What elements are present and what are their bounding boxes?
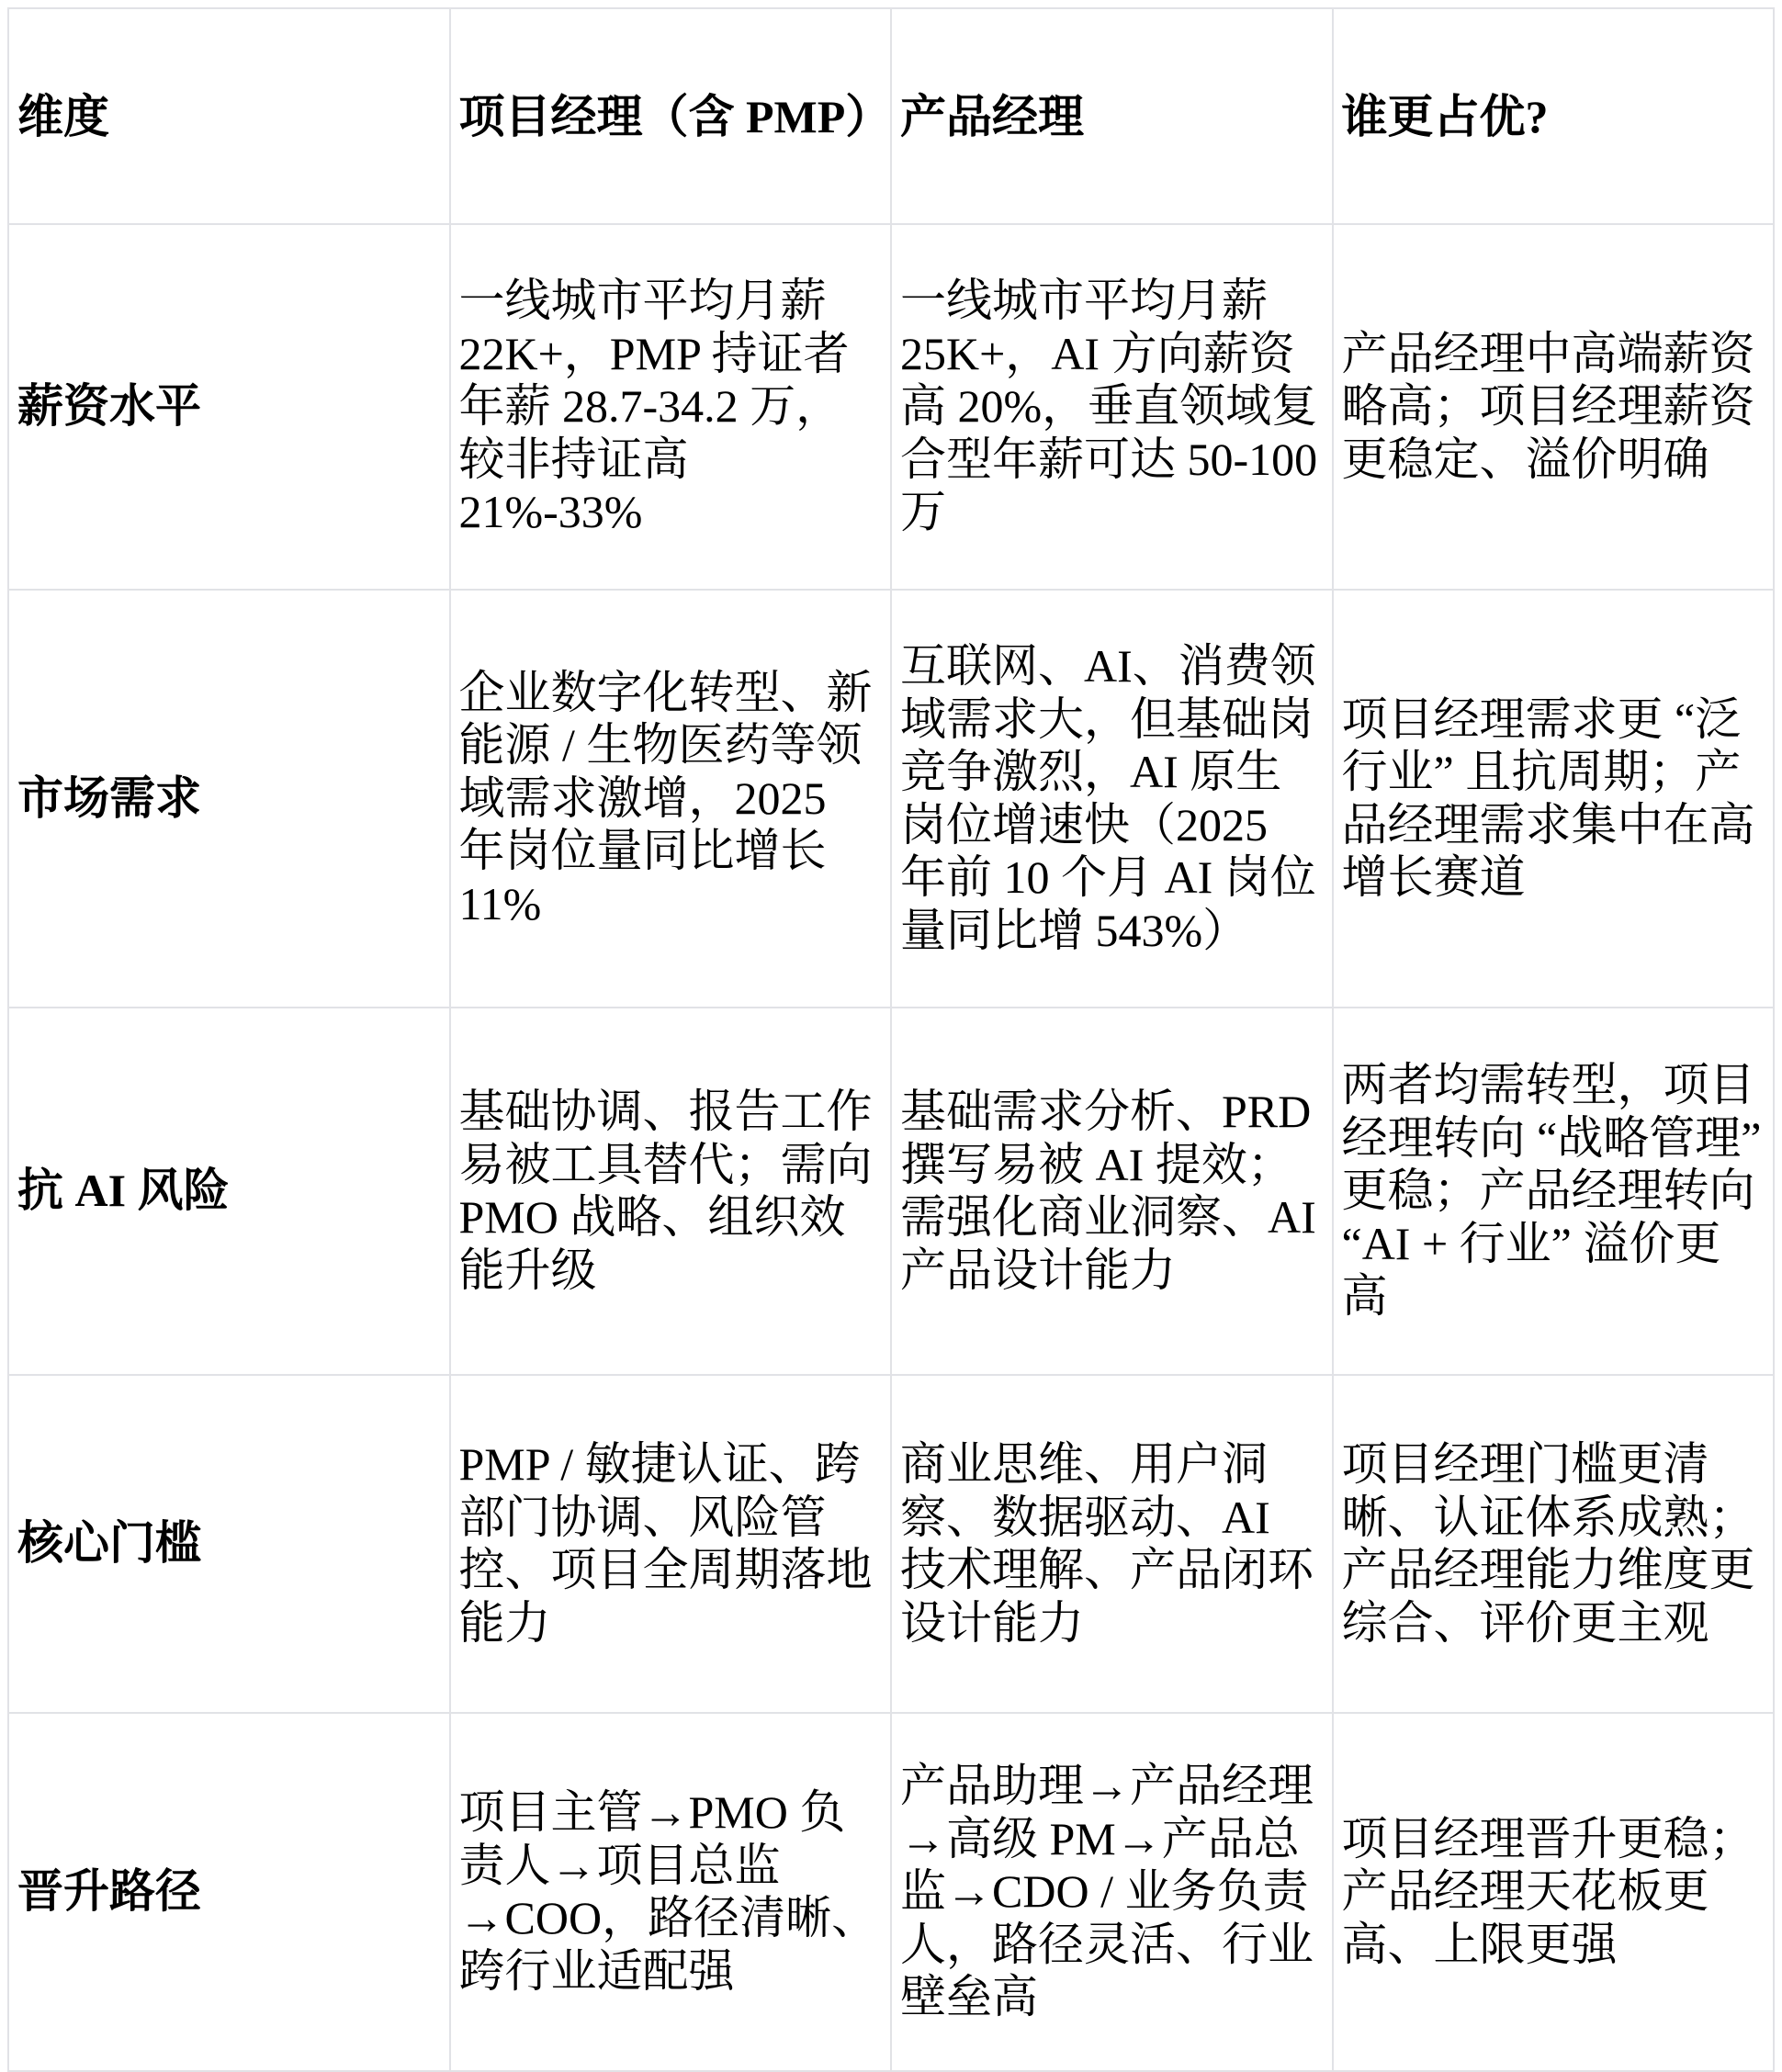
table-row-core-threshold: 核心门槛 PMP / 敏捷认证、跨部门协调、风险管控、项目全周期落地能力 商业思… bbox=[8, 1375, 1774, 1713]
ai-risk-verdict-cell: 两者均需转型，项目经理转向 “战略管理” 更稳；产品经理转向 “AI + 行业”… bbox=[1333, 1008, 1775, 1375]
header-row: 维度 项目经理（含 PMP） 产品经理 谁更占优? bbox=[8, 8, 1774, 224]
row-label-salary: 薪资水平 bbox=[8, 224, 450, 590]
table-row-market-demand: 市场需求 企业数字化转型、新能源 / 生物医药等领域需求激增，2025 年岗位量… bbox=[8, 590, 1774, 1008]
path-product-cell: 产品助理→产品经理→高级 PM→产品总监→CDO / 业务负责人，路径灵活、行业… bbox=[891, 1713, 1333, 2071]
salary-pm-cell: 一线城市平均月薪 22K+，PMP 持证者年薪 28.7-34.2 万，较非持证… bbox=[450, 224, 892, 590]
market-verdict-cell: 项目经理需求更 “泛行业” 且抗周期；产品经理需求集中在高增长赛道 bbox=[1333, 590, 1775, 1008]
ai-risk-product-cell: 基础需求分析、PRD 撰写易被 AI 提效；需强化商业洞察、AI 产品设计能力 bbox=[891, 1008, 1333, 1375]
market-product-cell: 互联网、AI、消费领域需求大，但基础岗竞争激烈，AI 原生岗位增速快（2025 … bbox=[891, 590, 1333, 1008]
salary-verdict-cell: 产品经理中高端薪资略高；项目经理薪资更稳定、溢价明确 bbox=[1333, 224, 1775, 590]
column-header-product-manager: 产品经理 bbox=[891, 8, 1333, 224]
ai-risk-pm-cell: 基础协调、报告工作易被工具替代；需向 PMO 战略、组织效能升级 bbox=[450, 1008, 892, 1375]
column-header-project-manager: 项目经理（含 PMP） bbox=[450, 8, 892, 224]
table-row-salary: 薪资水平 一线城市平均月薪 22K+，PMP 持证者年薪 28.7-34.2 万… bbox=[8, 224, 1774, 590]
column-header-verdict: 谁更占优? bbox=[1333, 8, 1775, 224]
row-label-ai-risk: 抗 AI 风险 bbox=[8, 1008, 450, 1375]
table-row-promotion-path: 晋升路径 项目主管→PMO 负责人→项目总监→COO，路径清晰、跨行业适配强 产… bbox=[8, 1713, 1774, 2071]
threshold-product-cell: 商业思维、用户洞察、数据驱动、AI 技术理解、产品闭环设计能力 bbox=[891, 1375, 1333, 1713]
table-row-ai-risk: 抗 AI 风险 基础协调、报告工作易被工具替代；需向 PMO 战略、组织效能升级… bbox=[8, 1008, 1774, 1375]
threshold-pm-cell: PMP / 敏捷认证、跨部门协调、风险管控、项目全周期落地能力 bbox=[450, 1375, 892, 1713]
row-label-market-demand: 市场需求 bbox=[8, 590, 450, 1008]
column-header-dimension: 维度 bbox=[8, 8, 450, 224]
row-label-promotion-path: 晋升路径 bbox=[8, 1713, 450, 2071]
threshold-verdict-cell: 项目经理门槛更清晰、认证体系成熟；产品经理能力维度更综合、评价更主观 bbox=[1333, 1375, 1775, 1713]
row-label-core-threshold: 核心门槛 bbox=[8, 1375, 450, 1713]
market-pm-cell: 企业数字化转型、新能源 / 生物医药等领域需求激增，2025 年岗位量同比增长 … bbox=[450, 590, 892, 1008]
comparison-table: 维度 项目经理（含 PMP） 产品经理 谁更占优? 薪资水平 一线城市平均月薪 … bbox=[7, 7, 1775, 2072]
path-pm-cell: 项目主管→PMO 负责人→项目总监→COO，路径清晰、跨行业适配强 bbox=[450, 1713, 892, 2071]
path-verdict-cell: 项目经理晋升更稳；产品经理天花板更高、上限更强 bbox=[1333, 1713, 1775, 2071]
salary-product-cell: 一线城市平均月薪 25K+，AI 方向薪资高 20%，垂直领域复合型年薪可达 5… bbox=[891, 224, 1333, 590]
